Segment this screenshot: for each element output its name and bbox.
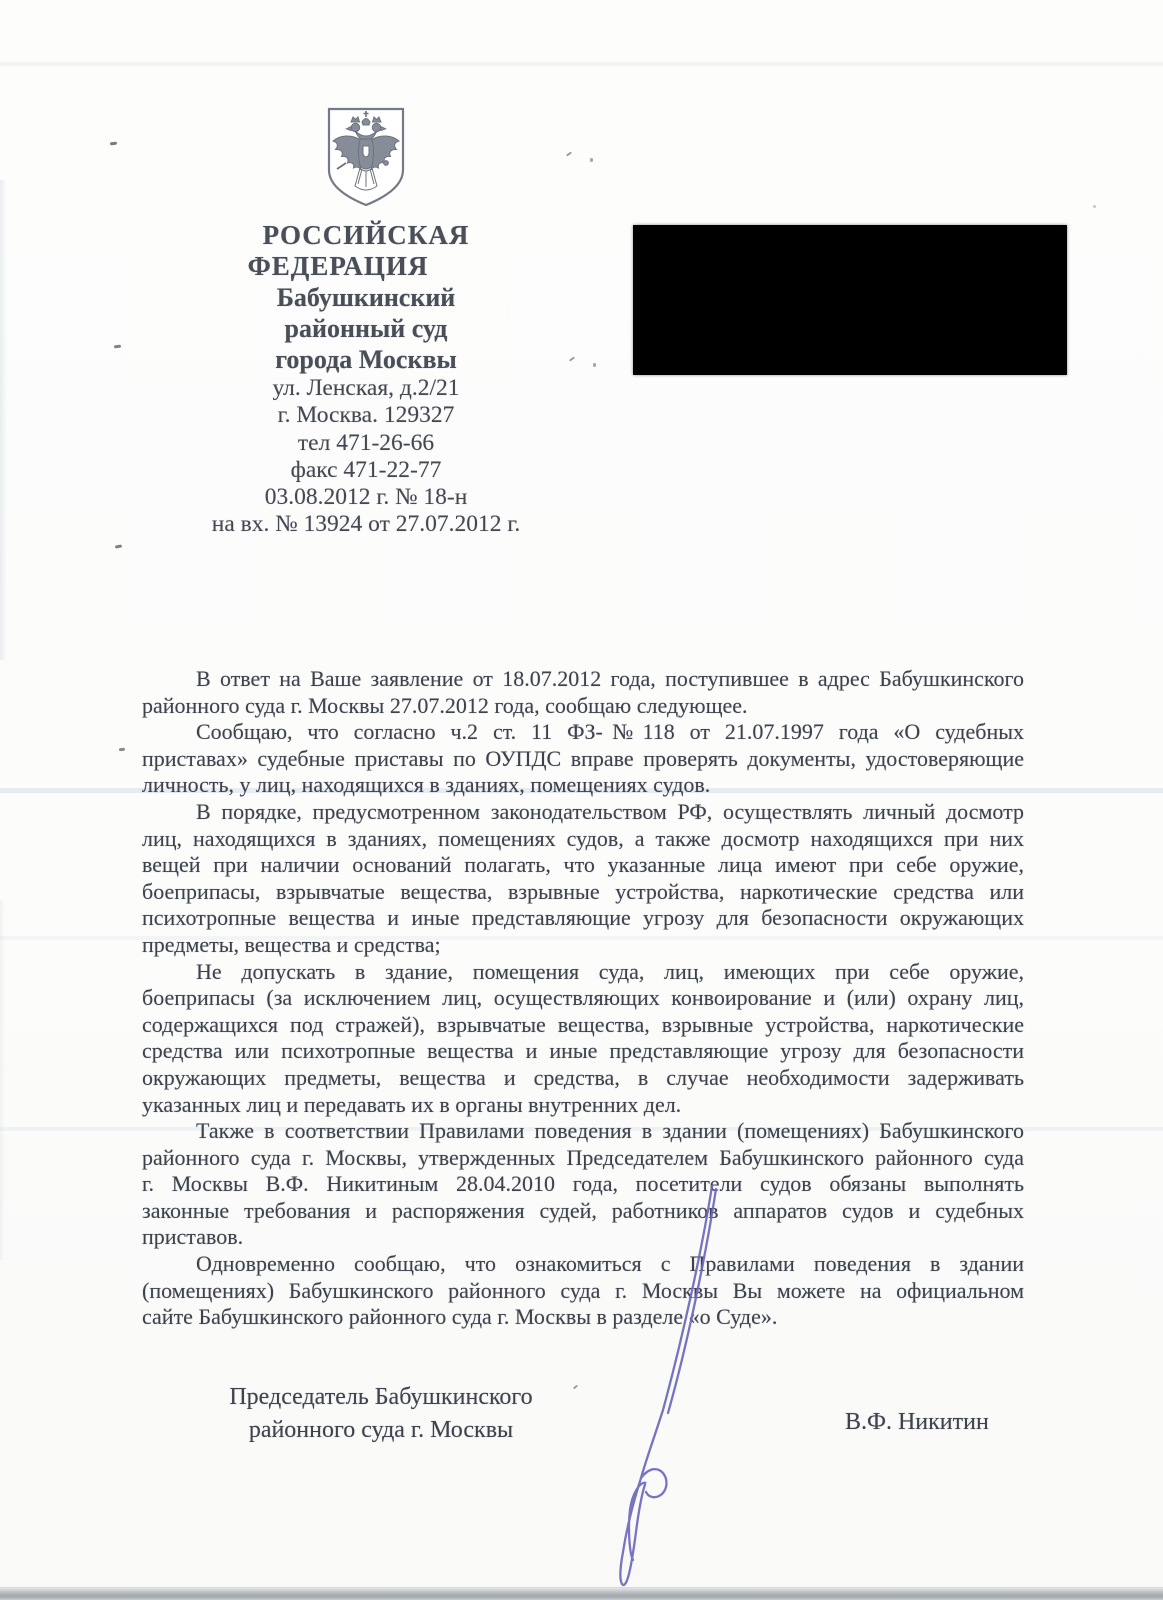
letter-body-line: содержащихся под стражей), взрывчатые ве… bbox=[142, 1012, 1024, 1039]
letter-body-line: В порядке, предусмотренном законодательс… bbox=[142, 799, 1024, 826]
letter-body-line: лиц, находящихся в зданиях, помещениях с… bbox=[142, 826, 1024, 853]
margin-tick bbox=[110, 142, 117, 146]
signer-name: В.Ф. Никитин bbox=[845, 1407, 989, 1437]
letter-body-line: районного суда г. Москвы 27.07.2012 года… bbox=[142, 693, 1024, 720]
letterhead-court-line2: районный суд bbox=[200, 313, 532, 344]
letter-body-line: Не допускать в здание, помещения суда, л… bbox=[142, 959, 1024, 986]
letterhead-court-line3: города Москвы bbox=[200, 344, 532, 375]
margin-tick bbox=[114, 345, 121, 349]
scan-speck bbox=[566, 151, 572, 156]
signer-title-line1: Председатель Бабушкинского bbox=[205, 1381, 557, 1414]
scan-speck bbox=[593, 363, 596, 367]
letterhead-incoming-ref: на вх. № 13924 от 27.07.2012 г. bbox=[200, 511, 532, 538]
scan-edge-shading bbox=[0, 180, 7, 660]
margin-tick bbox=[115, 544, 122, 548]
letterhead-street: ул. Ленская, д.2/21 bbox=[200, 375, 532, 402]
letterhead-outgoing-ref: 03.08.2012 г. № 18-н bbox=[200, 484, 532, 511]
scan-speck bbox=[590, 158, 593, 162]
scan-streak bbox=[0, 62, 1163, 66]
signer-title: Председатель Бабушкинского районного суд… bbox=[205, 1381, 557, 1447]
letter-body-line: В ответ на Ваше заявление от 18.07.2012 … bbox=[142, 666, 1024, 693]
scan-speck bbox=[1093, 205, 1096, 208]
letter-body-line: указанных лиц и передавать их в органы в… bbox=[142, 1092, 1024, 1119]
letter-body-line: средства или психотропные вещества и ины… bbox=[142, 1038, 1024, 1065]
letter-body-line: личность, у лиц, находящихся в зданиях, … bbox=[142, 772, 1024, 799]
scan-edge-shading bbox=[0, 900, 5, 1260]
letterhead-fax: факс 471-22-77 bbox=[200, 457, 532, 484]
redaction-box bbox=[633, 225, 1067, 375]
scanned-letter-page: РОССИЙСКАЯ ФЕДЕРАЦИЯ Бабушкинский районн… bbox=[0, 0, 1163, 1600]
letter-body-line: предметы, вещества и средства; bbox=[142, 932, 1024, 959]
letter-body-line: боеприпасы (за исключением лиц, осуществ… bbox=[142, 985, 1024, 1012]
letterhead-country-line2: ФЕДЕРАЦИЯ bbox=[172, 251, 504, 282]
handwritten-signature-icon bbox=[555, 1170, 765, 1600]
letter-body-line: Также в соответствии Правилами поведения… bbox=[142, 1118, 1024, 1145]
letterhead-city-zip: г. Москва. 129327 bbox=[200, 402, 532, 429]
letterhead-country-line1: РОССИЙСКАЯ bbox=[200, 220, 532, 251]
letter-body-line: приставах» судебные приставы по ОУПДС вп… bbox=[142, 746, 1024, 773]
letter-body-line: вещей при наличии оснований полагать, чт… bbox=[142, 852, 1024, 879]
letter-body-line: окружающих предметы, вещества и средства… bbox=[142, 1065, 1024, 1092]
russian-coat-of-arms-icon bbox=[322, 106, 410, 210]
letterhead-court-line1: Бабушкинский bbox=[200, 282, 532, 313]
signer-title-line2: районного суда г. Москвы bbox=[205, 1414, 557, 1447]
margin-tick bbox=[119, 748, 125, 752]
letterhead-phone: тел 471-26-66 bbox=[200, 430, 532, 457]
letter-body-line: боеприпасы, взрывчатые вещества, взрывны… bbox=[142, 879, 1024, 906]
letter-body-line: Сообщаю, что согласно ч.2 ст. 11 ФЗ-№118… bbox=[142, 719, 1024, 746]
letter-body-line: районного суда г. Москвы, утвержденных П… bbox=[142, 1145, 1024, 1172]
letterhead: РОССИЙСКАЯ ФЕДЕРАЦИЯ Бабушкинский районн… bbox=[200, 106, 532, 539]
letter-body-line: психотропные вещества и иные представляю… bbox=[142, 905, 1024, 932]
scan-speck bbox=[569, 356, 575, 361]
